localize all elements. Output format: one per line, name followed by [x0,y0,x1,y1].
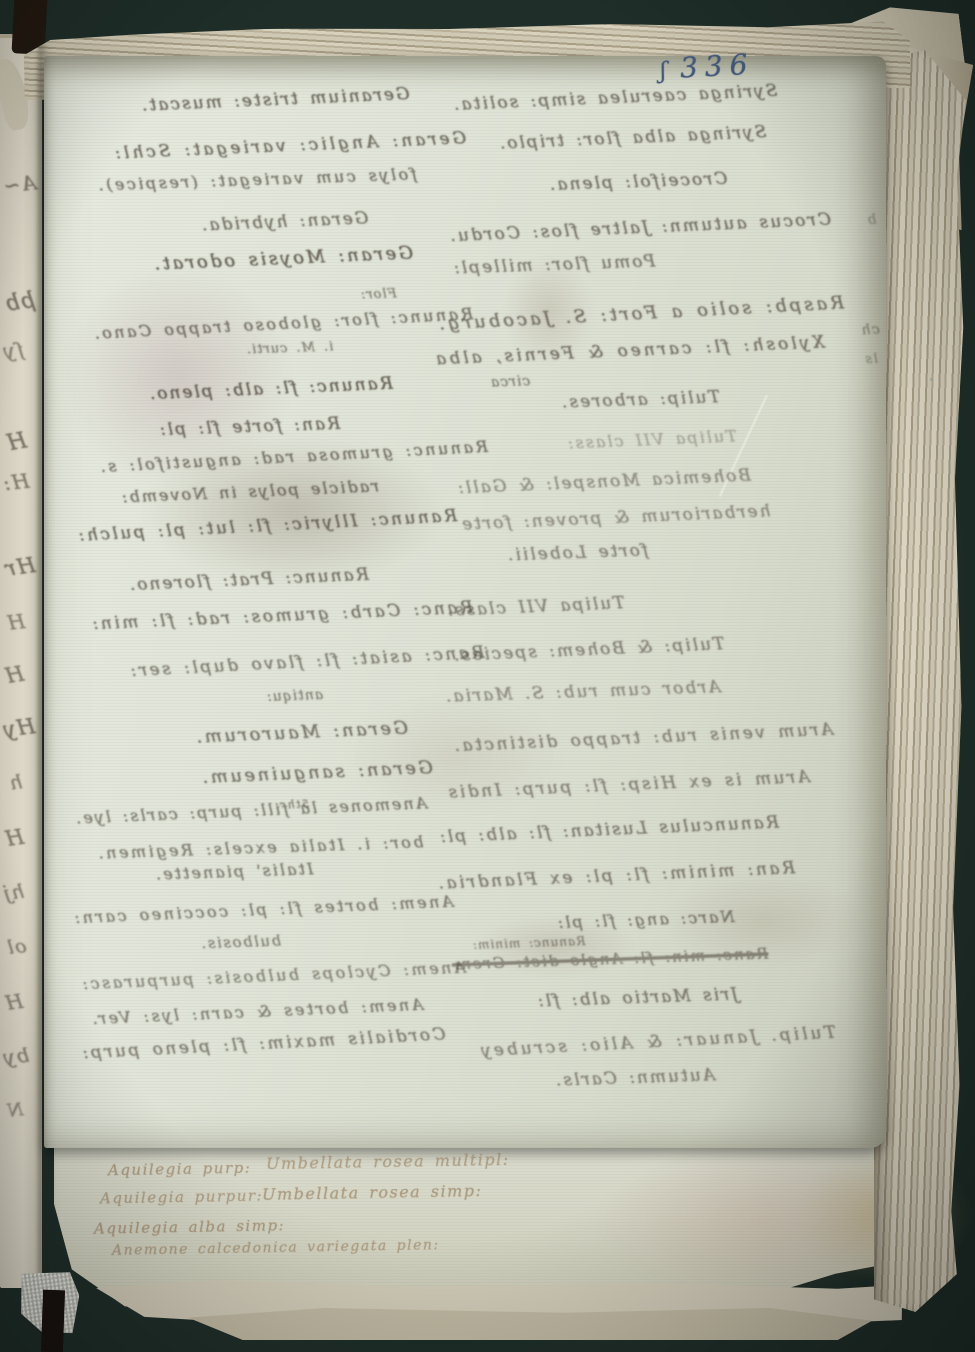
page-stack-edge [188,1308,872,1340]
gutter-shadow [38,44,54,1289]
manuscript-photo: ʃ336 Geranium triste: muscat.Geran: Angl… [0,0,975,1352]
dust-speck [930,378,933,381]
book-fore-edge [874,50,966,1312]
binding-strip-bottom [41,1290,65,1352]
facing-page-edge [0,34,42,1288]
manuscript-page [44,56,886,1148]
dust-speck [878,62,880,64]
laid-paper-texture [44,56,886,1148]
